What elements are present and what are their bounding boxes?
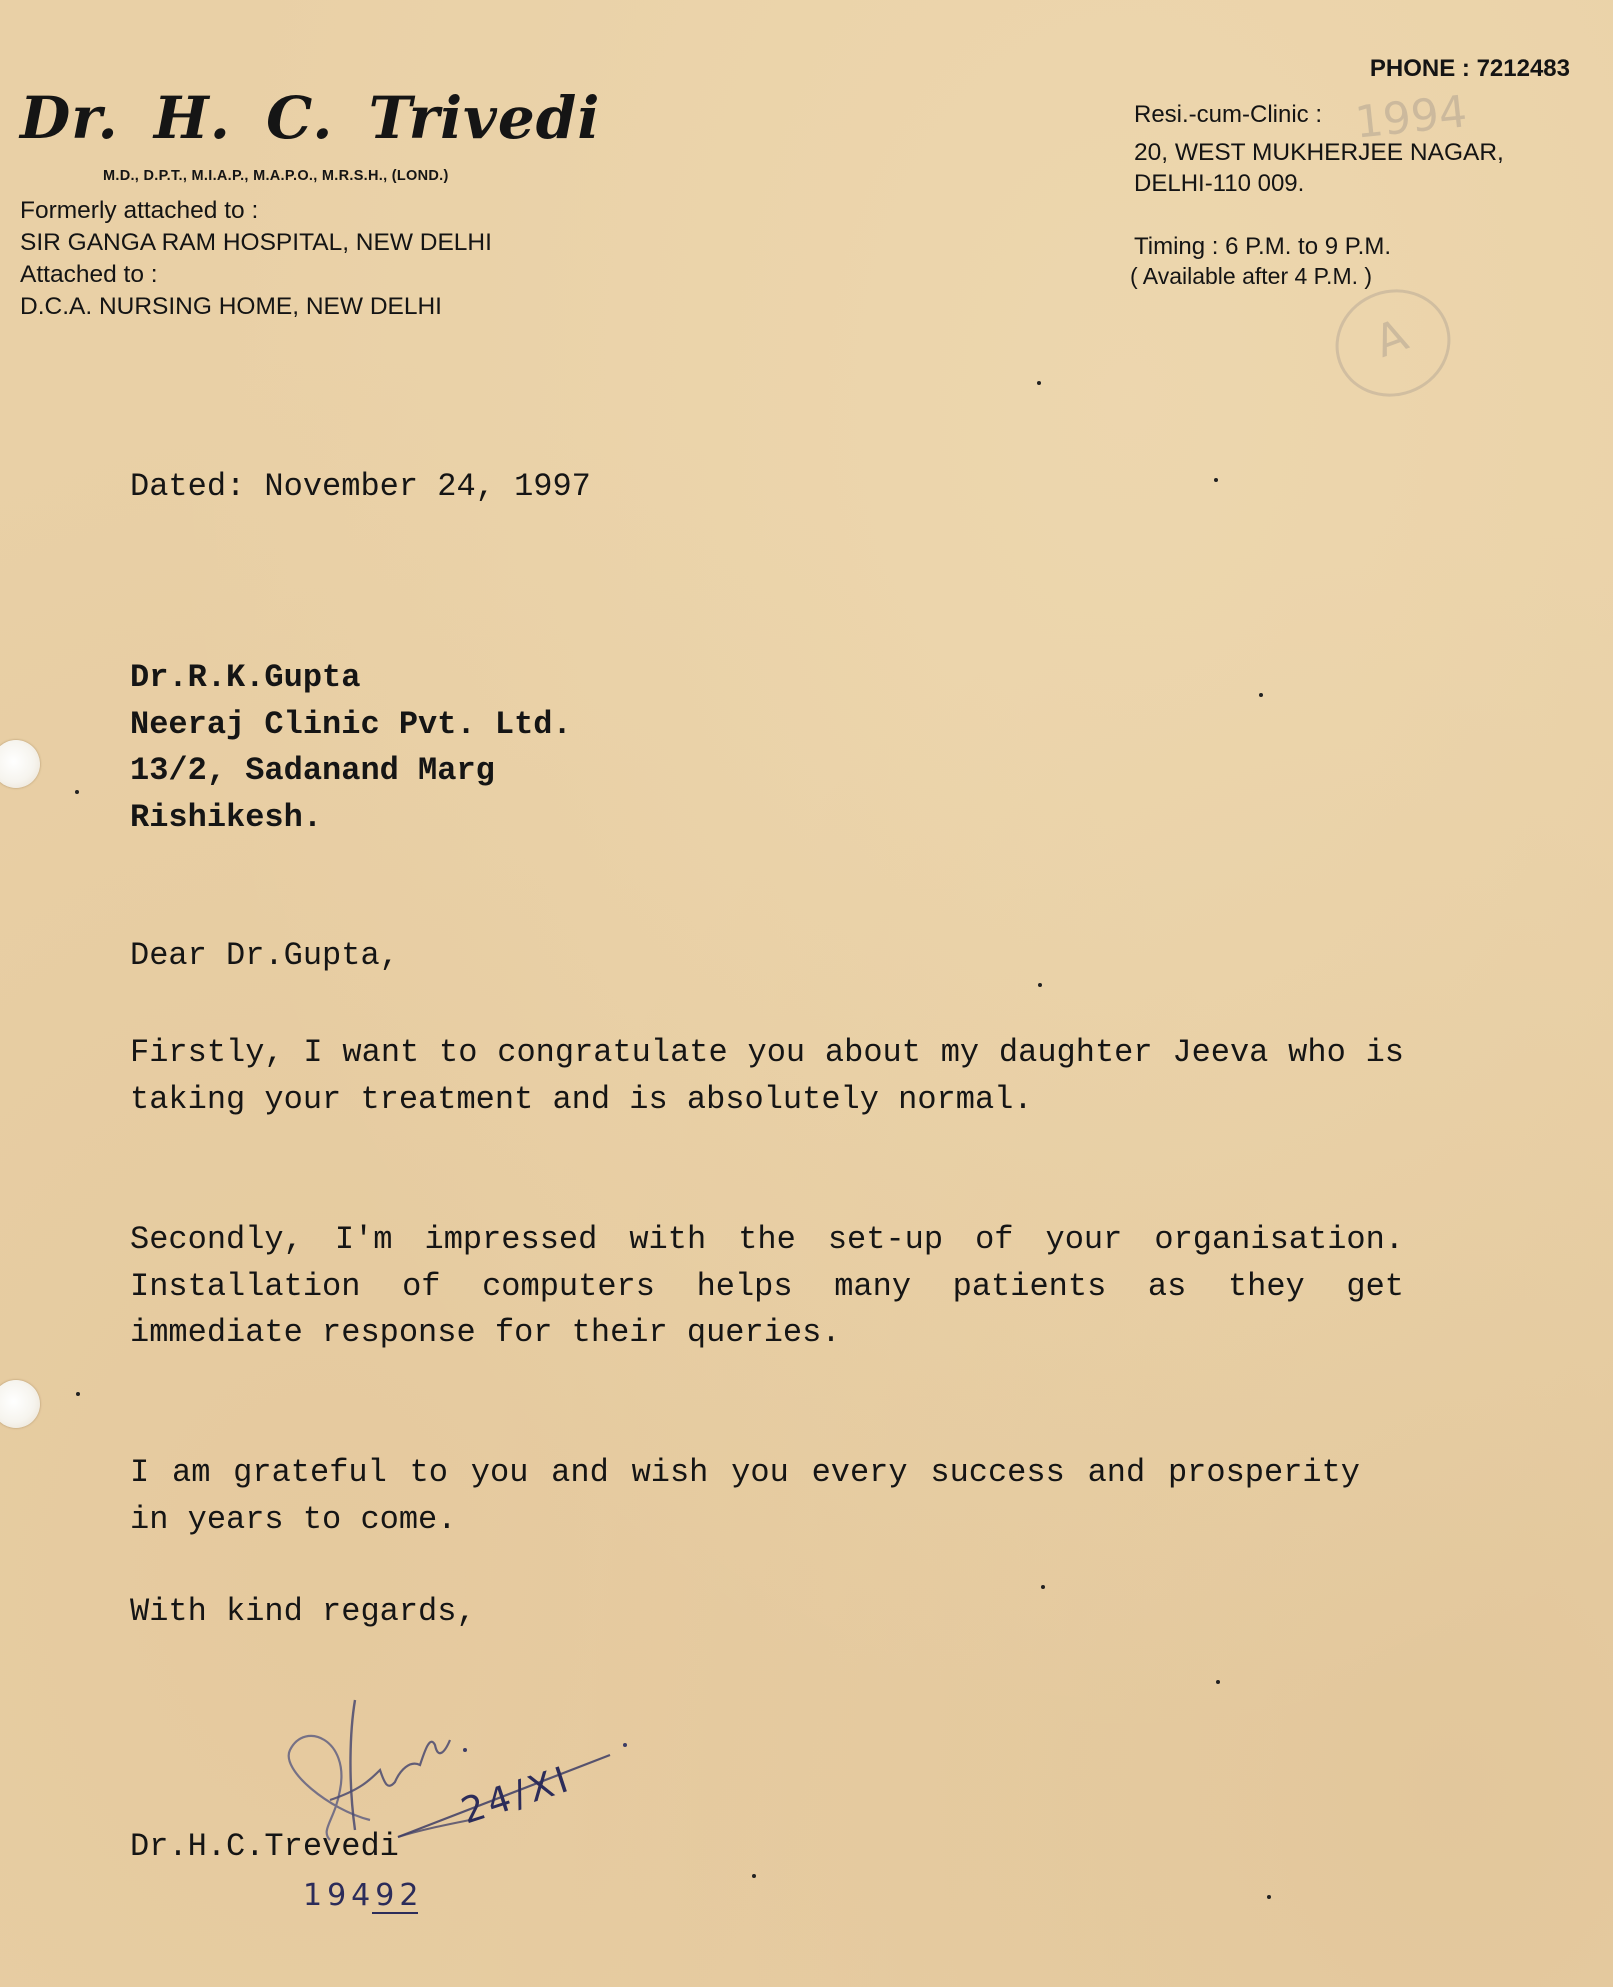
punch-hole-top (0, 740, 40, 788)
recipient-organization: Neeraj Clinic Pvt. Ltd. (130, 702, 572, 749)
letterhead-attached-label: Attached to : (20, 261, 158, 289)
speck (75, 790, 79, 794)
recipient-city: Rishikesh. (130, 795, 572, 842)
letterhead-doctor-name: Dr. H. C. Trivedi (20, 84, 600, 152)
recipient-name: Dr.R.K.Gupta (130, 655, 572, 702)
punch-hole-bottom (0, 1380, 40, 1428)
speck (76, 1392, 80, 1396)
reference-number-underline (372, 1912, 418, 1914)
speck (1038, 983, 1042, 987)
speck (1037, 381, 1041, 385)
salutation: Dear Dr.Gupta, (130, 937, 399, 974)
letter-date: Dated: November 24, 1997 (130, 468, 591, 505)
reference-number: 19492 (303, 1878, 423, 1913)
speck (752, 1874, 756, 1878)
letterhead-qualifications: M.D., D.P.T., M.I.A.P., M.A.P.O., M.R.S.… (103, 168, 449, 184)
body-paragraph-1: Firstly, I want to congratulate you abou… (130, 1030, 1404, 1123)
speck (1259, 693, 1263, 697)
body-paragraph-3: I am grateful to you and wish you every … (130, 1450, 1360, 1543)
body-paragraph-2: Secondly, I'm impressed with the set-up … (130, 1217, 1404, 1357)
speck (1214, 478, 1218, 482)
speck (1267, 1895, 1271, 1899)
letterhead-phone: PHONE : 7212483 (1370, 55, 1570, 83)
letterhead-formerly-label: Formerly attached to : (20, 197, 258, 225)
letterhead-address-line2: DELHI-110 009. (1134, 170, 1304, 198)
signatory-name: Dr.H.C.Trevedi (130, 1828, 399, 1865)
letterhead-timing: Timing : 6 P.M. to 9 P.M. (1134, 233, 1391, 261)
letterhead-availability: ( Available after 4 P.M. ) (1130, 263, 1372, 290)
letterhead-attached-hospital: D.C.A. NURSING HOME, NEW DELHI (20, 293, 442, 321)
speck (1216, 1680, 1220, 1684)
letterhead-formerly-hospital: SIR GANGA RAM HOSPITAL, NEW DELHI (20, 229, 492, 257)
recipient-address-block: Dr.R.K.Gupta Neeraj Clinic Pvt. Ltd. 13/… (130, 655, 572, 841)
pencil-note-circled: A (1320, 273, 1465, 412)
pencil-note-circled-text: A (1331, 296, 1452, 382)
speck (1041, 1585, 1045, 1589)
letterhead-clinic-label: Resi.-cum-Clinic : (1134, 101, 1322, 129)
closing: With kind regards, (130, 1593, 476, 1630)
recipient-street: 13/2, Sadanand Marg (130, 748, 572, 795)
letterhead-address-line1: 20, WEST MUKHERJEE NAGAR, (1134, 139, 1504, 167)
